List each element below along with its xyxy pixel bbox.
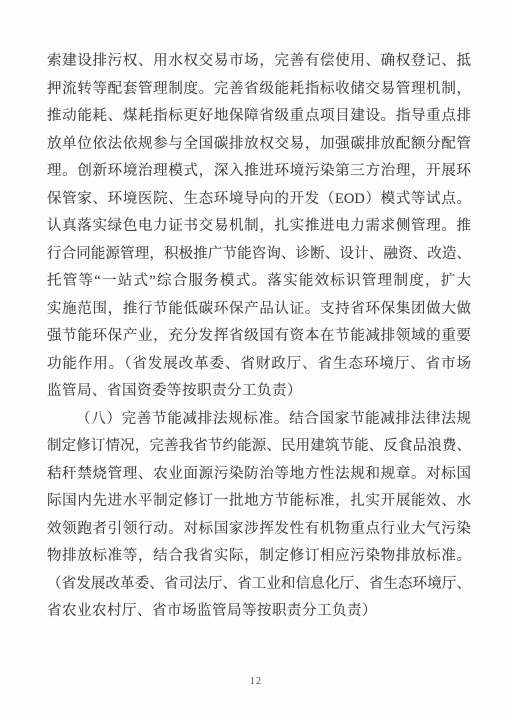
text-line: 制定修订情况，完善我省节约能源、民用建筑节能、反食品浪费、 (47, 433, 471, 461)
text-line: 认真落实绿色电力证书交易机制，扎实推进电力需求侧管理。推 (47, 213, 471, 241)
text-line: 理。创新环境治理模式，深入推进环境污染第三方治理，开展环 (47, 158, 471, 186)
text-line: 强节能环保产业，充分发挥省级国有资本在节能减排领域的重要 (47, 323, 471, 351)
text-line-paragraph-end: 监管局、省国资委等按职责分工负责） (47, 378, 471, 406)
text-line: 推动能耗、煤耗指标更好地保障省级重点项目建设。指导重点排 (47, 103, 471, 131)
text-line: 索建设排污权、用水权交易市场，完善有偿使用、确权登记、抵 (47, 48, 471, 76)
text-line: 放单位依法依规参与全国碳排放权交易，加强碳排放配额分配管 (47, 131, 471, 159)
text-line: 实施范围，推行节能低碳环保产品认证。支持省环保集团做大做 (47, 296, 471, 324)
text-line: 功能作用。（省发展改革委、省财政厅、省生态环境厅、省市场 (47, 351, 471, 379)
document-body: 索建设排污权、用水权交易市场，完善有偿使用、确权登记、抵 押流转等配套管理制度。… (47, 48, 471, 626)
text-line: （省发展改革委、省司法厅、省工业和信息化厅、省生态环境厅、 (47, 571, 471, 599)
document-page: 索建设排污权、用水权交易市场，完善有偿使用、确权登记、抵 押流转等配套管理制度。… (0, 0, 512, 720)
text-line: 际国内先进水平制定修订一批地方节能标准，扎实开展能效、水 (47, 488, 471, 516)
text-line: 托管等“一站式”综合服务模式。落实能效标识管理制度，扩大 (47, 268, 471, 296)
text-line-paragraph-start: （八）完善节能减排法规标准。结合国家节能减排法律法规 (47, 406, 471, 434)
text-line: 秸秆禁烧管理、农业面源污染防治等地方性法规和规章。对标国 (47, 461, 471, 489)
text-line: 保管家、环境医院、生态环境导向的开发（EOD）模式等试点。 (47, 186, 471, 214)
text-line: 行合同能源管理，积极推广节能咨询、诊断、设计、融资、改造、 (47, 241, 471, 269)
text-line-paragraph-end: 省农业农村厅、省市场监管局等按职责分工负责） (47, 598, 471, 626)
page-number: 12 (0, 676, 512, 687)
text-line: 物排放标准等，结合我省实际，制定修订相应污染物排放标准。 (47, 543, 471, 571)
text-line: 效领跑者引领行动。对标国家涉挥发性有机物重点行业大气污染 (47, 516, 471, 544)
text-line: 押流转等配套管理制度。完善省级能耗指标收储交易管理机制， (47, 76, 471, 104)
